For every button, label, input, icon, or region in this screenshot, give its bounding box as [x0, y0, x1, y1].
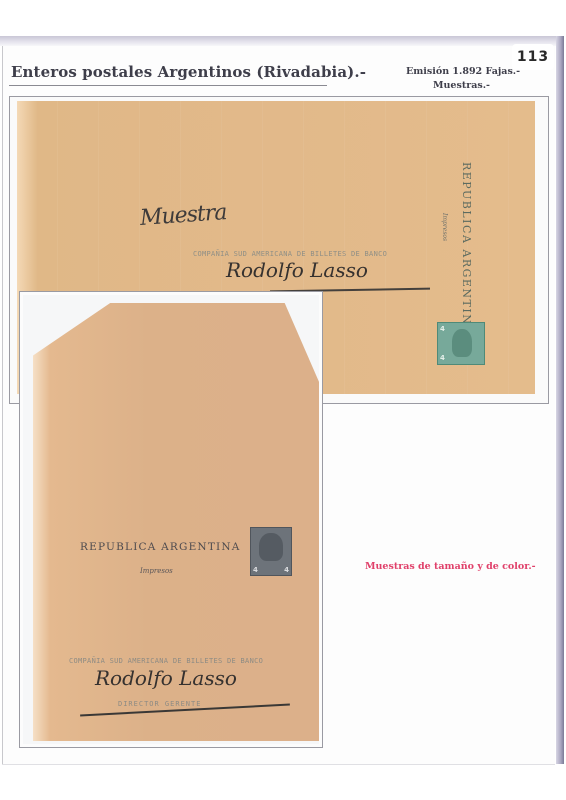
stamp-indicium-green: 4 4	[437, 322, 485, 365]
caption-note: Muestras de tamaño y de color.-	[365, 561, 536, 572]
samples-subtitle: Muestras.-	[433, 80, 490, 91]
page-number: 113	[512, 44, 554, 70]
stamp-value: 4	[253, 566, 258, 574]
portrait-icon	[452, 329, 472, 357]
sheet-edge	[2, 44, 3, 764]
portrait-icon	[259, 533, 283, 561]
country-imprint: REPUBLICA ARGENTINA	[80, 541, 241, 553]
printer-imprint: COMPAÑIA SUD AMERICANA DE BILLETES DE BA…	[193, 250, 387, 258]
director-imprint: DIRECTOR GERENTE	[118, 700, 201, 708]
signature: Rodolfo Lasso	[226, 258, 368, 282]
title-underline	[9, 85, 327, 86]
issue-subtitle: Emisión 1.892 Fajas.-	[406, 66, 520, 77]
printer-imprint: COMPAÑIA SUD AMERICANA DE BILLETES DE BA…	[69, 657, 263, 665]
page-title: Enteros postales Argentinos (Rivadabia).…	[11, 63, 366, 81]
stamp-value: 4	[440, 354, 445, 362]
stamp-value: 4	[440, 325, 445, 333]
stamp-indicium-grey: 4 4	[250, 527, 292, 576]
plastic-sleeve-right-edge	[556, 36, 564, 764]
category-imprint-vertical: Impresos	[441, 213, 448, 241]
category-imprint: Impresos	[140, 567, 173, 575]
country-imprint-vertical: REPUBLICA ARGENTINA	[460, 162, 473, 335]
signature: Rodolfo Lasso	[95, 666, 237, 690]
stamp-value: 4	[284, 566, 289, 574]
plastic-sleeve-top-edge	[0, 36, 562, 46]
